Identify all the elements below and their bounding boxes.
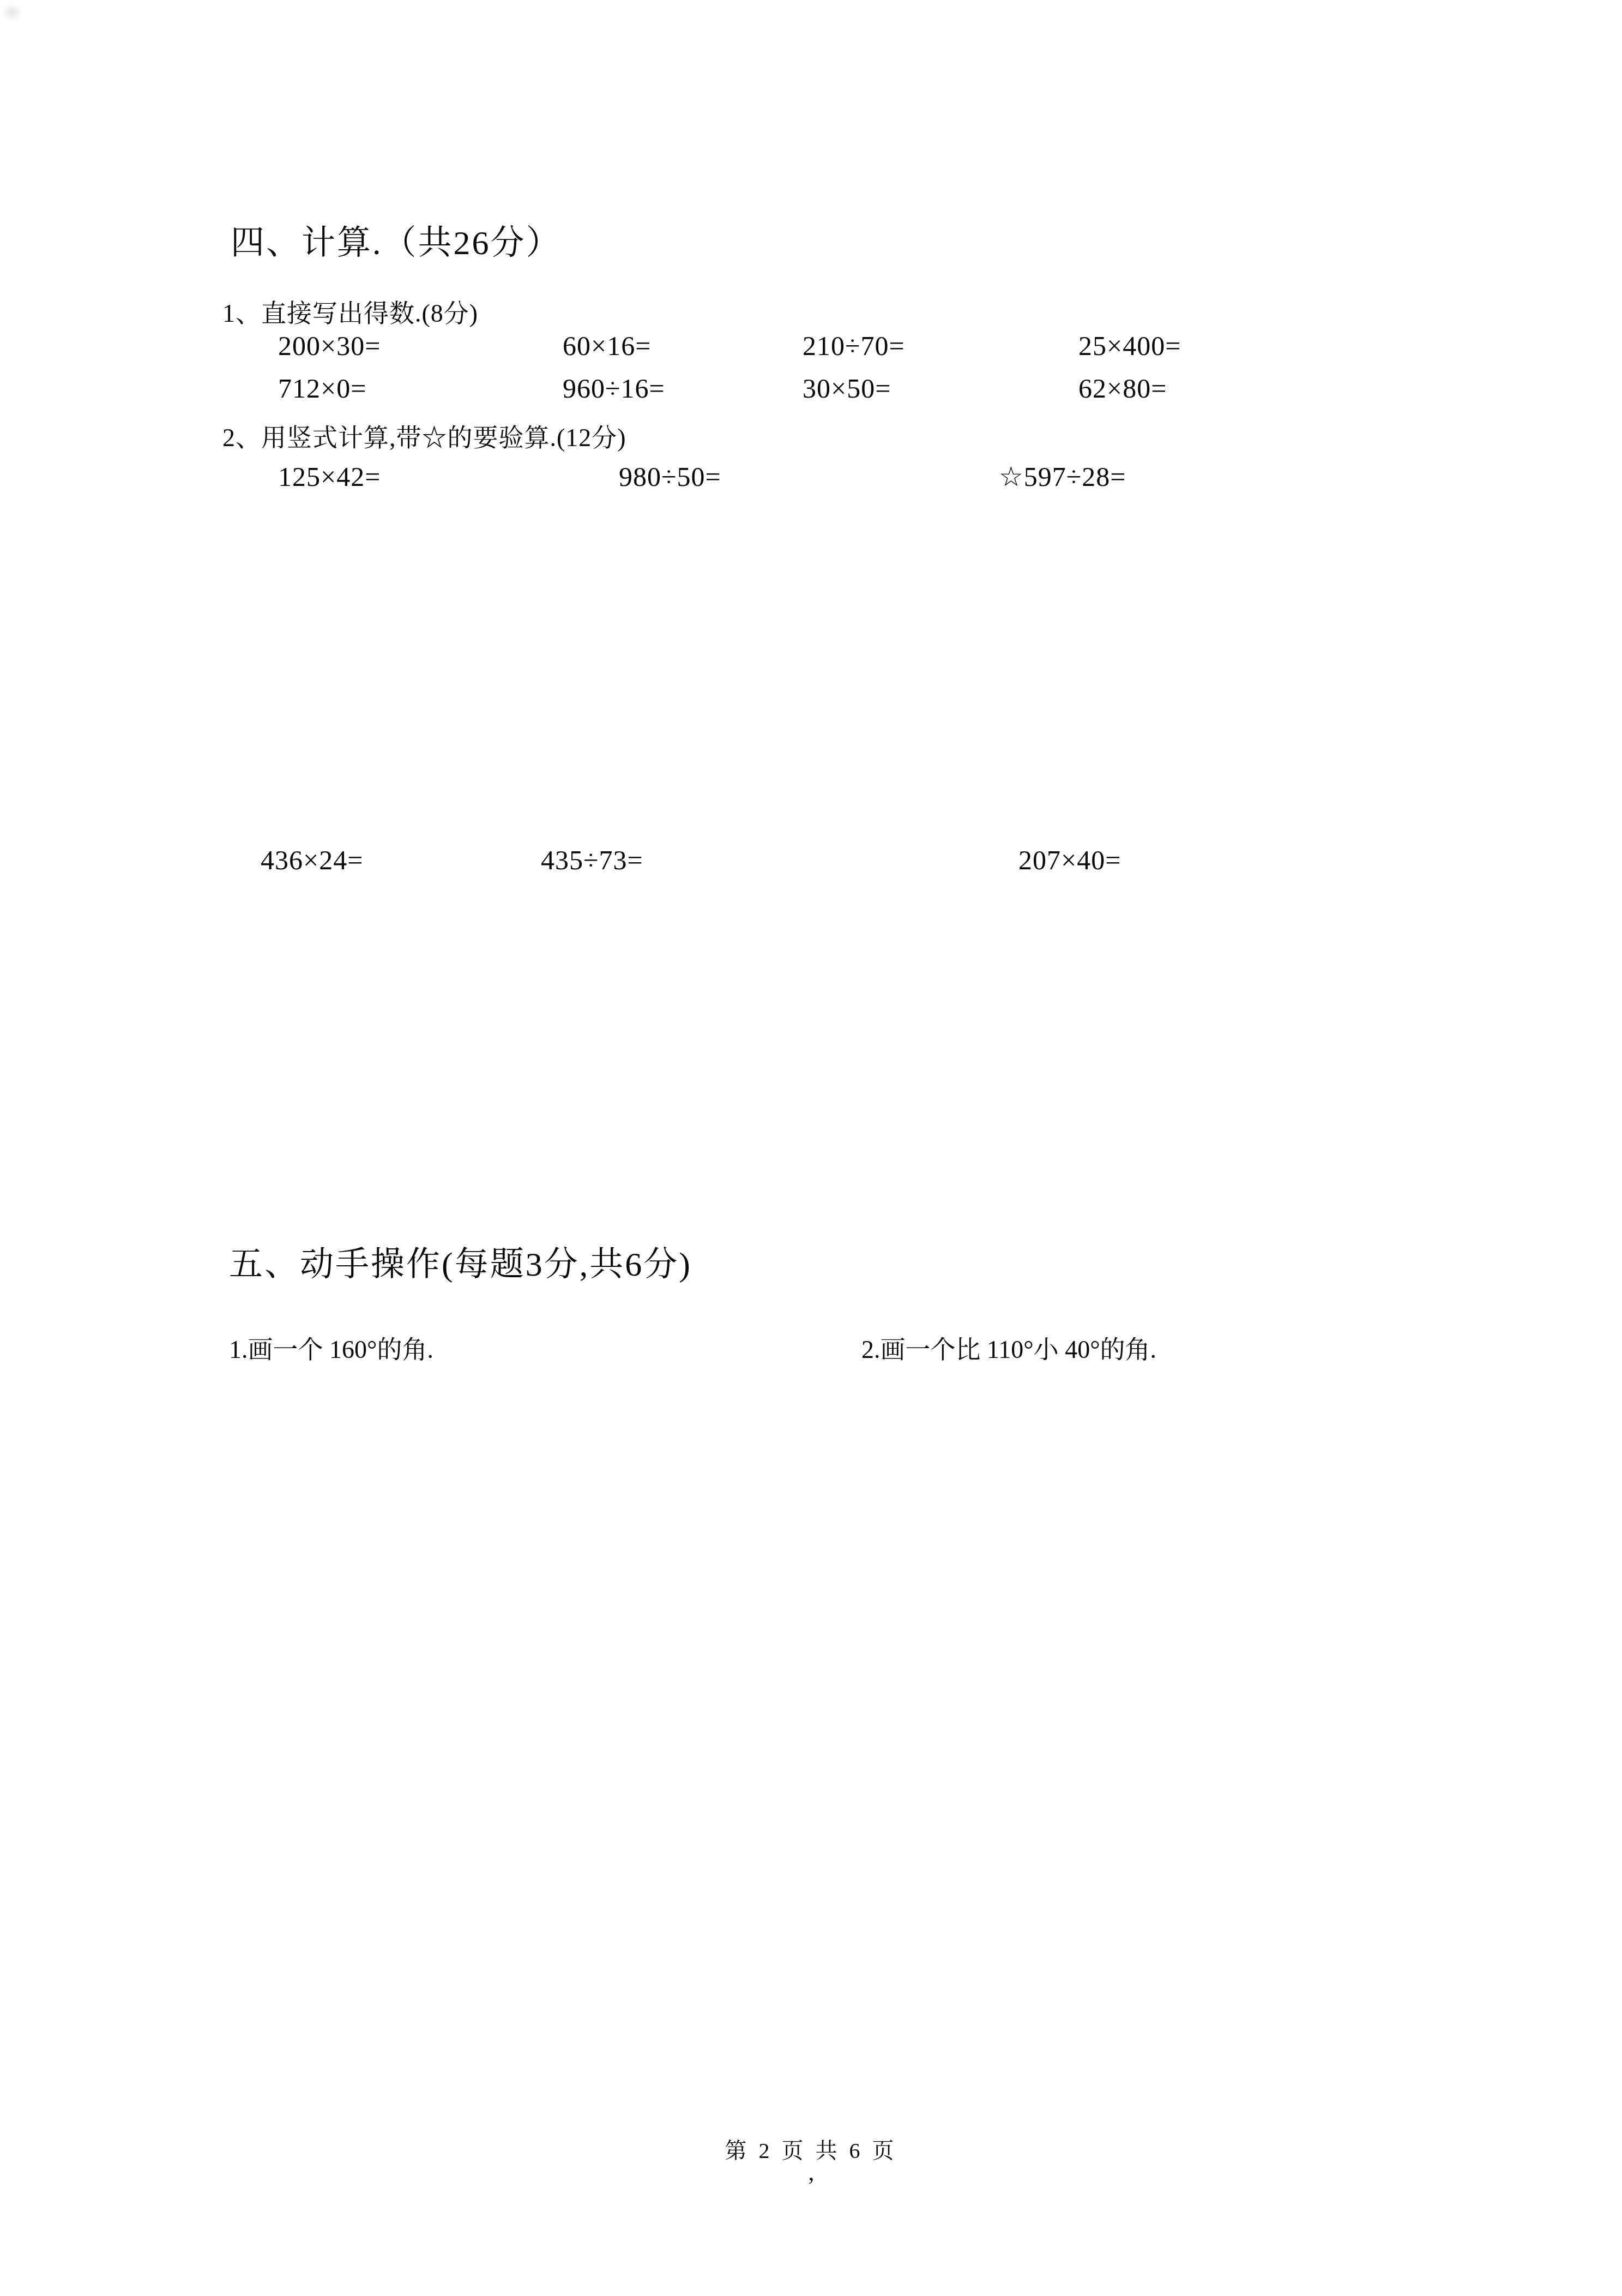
q1-equation: 62×80= bbox=[1078, 372, 1167, 404]
drawing-task: 2.画一个比 110°小 40°的角. bbox=[861, 1330, 1156, 1366]
q1-label: 1、直接写出得数.(8分) bbox=[222, 293, 478, 329]
footnote-mark: ’ bbox=[0, 2172, 1622, 2199]
q2-equation: 207×40= bbox=[1018, 844, 1121, 876]
q1-equation: 712×0= bbox=[278, 372, 366, 404]
q2-equation: 980÷50= bbox=[619, 461, 721, 492]
q2-equation: 436×24= bbox=[261, 844, 363, 876]
q2-label: 2、用竖式计算,带☆的要验算.(12分) bbox=[222, 418, 626, 454]
section-4-title: 四、计算.（共26分） bbox=[231, 215, 562, 264]
q2-equation: 125×42= bbox=[278, 461, 381, 492]
q1-equation: 30×50= bbox=[803, 372, 891, 404]
q1-equation: 60×16= bbox=[563, 330, 651, 362]
q2-equation: ☆597÷28= bbox=[999, 461, 1126, 492]
q1-equation: 200×30= bbox=[278, 330, 381, 362]
page-number: 第 2 页 共 6 页 bbox=[0, 2133, 1622, 2165]
section-5-title: 五、动手操作(每题3分,共6分) bbox=[229, 1237, 692, 1285]
scan-smudge bbox=[1, 3, 23, 22]
drawing-task: 1.画一个 160°的角. bbox=[229, 1330, 433, 1366]
q2-equation: 435÷73= bbox=[541, 844, 643, 876]
q1-equation: 25×400= bbox=[1078, 330, 1181, 362]
q1-equation: 960÷16= bbox=[563, 372, 665, 404]
test-paper-page: 四、计算.（共26分） 1、直接写出得数.(8分) 200×30= 60×16=… bbox=[0, 0, 1622, 2296]
q1-equation: 210÷70= bbox=[803, 330, 905, 362]
